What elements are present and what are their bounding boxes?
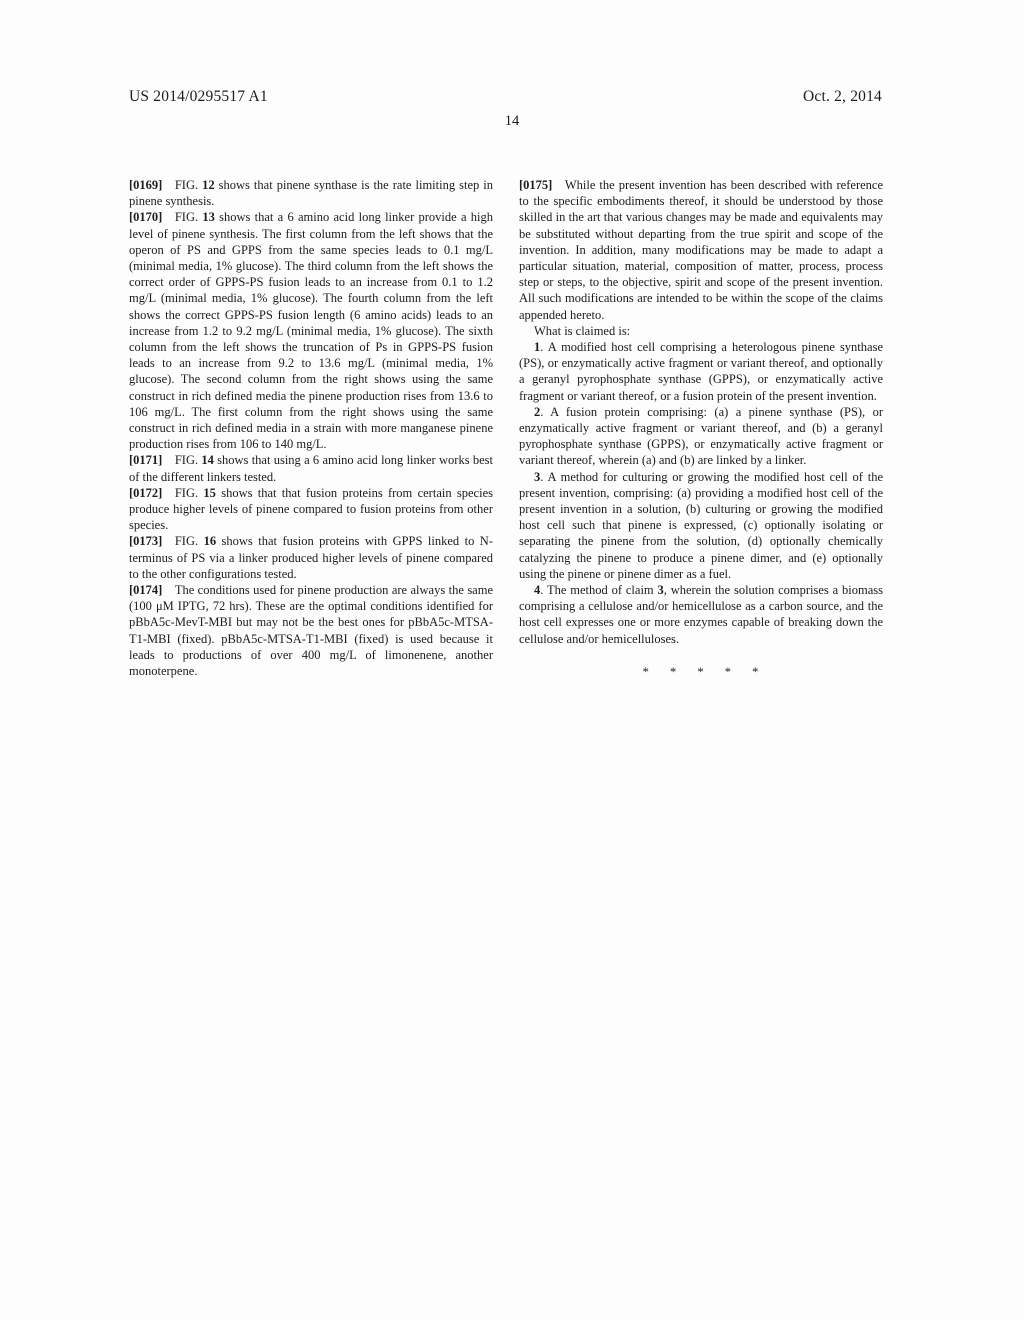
document-body: [0169] FIG. 12 shows that pinene synthas… [129,177,883,680]
paragraph: What is claimed is: [519,323,883,339]
paragraph: [0173] FIG. 16 shows that fusion protein… [129,533,493,582]
left-column: [0169] FIG. 12 shows that pinene synthas… [129,177,493,680]
page-header: US 2014/0295517 A1 Oct. 2, 2014 [129,88,882,106]
paragraph: [0175] While the present invention has b… [519,177,883,323]
paragraph: [0170] FIG. 13 shows that a 6 amino acid… [129,209,493,452]
right-column: [0175] While the present invention has b… [519,177,883,680]
publication-number: US 2014/0295517 A1 [129,88,268,106]
end-of-claims-marker: * * * * * [519,664,883,680]
paragraph: 2. A fusion protein comprising: (a) a pi… [519,404,883,469]
paragraph: [0169] FIG. 12 shows that pinene synthas… [129,177,493,209]
paragraph: [0174] The conditions used for pinene pr… [129,582,493,679]
paragraph: 3. A method for culturing or growing the… [519,469,883,582]
paragraph: [0171] FIG. 14 shows that using a 6 amin… [129,452,493,484]
page-number: 14 [0,113,1024,130]
paragraph: 1. A modified host cell comprising a het… [519,339,883,404]
paragraph: 4. The method of claim 3, wherein the so… [519,582,883,647]
publication-date: Oct. 2, 2014 [803,88,882,106]
paragraph: [0172] FIG. 15 shows that that fusion pr… [129,485,493,534]
